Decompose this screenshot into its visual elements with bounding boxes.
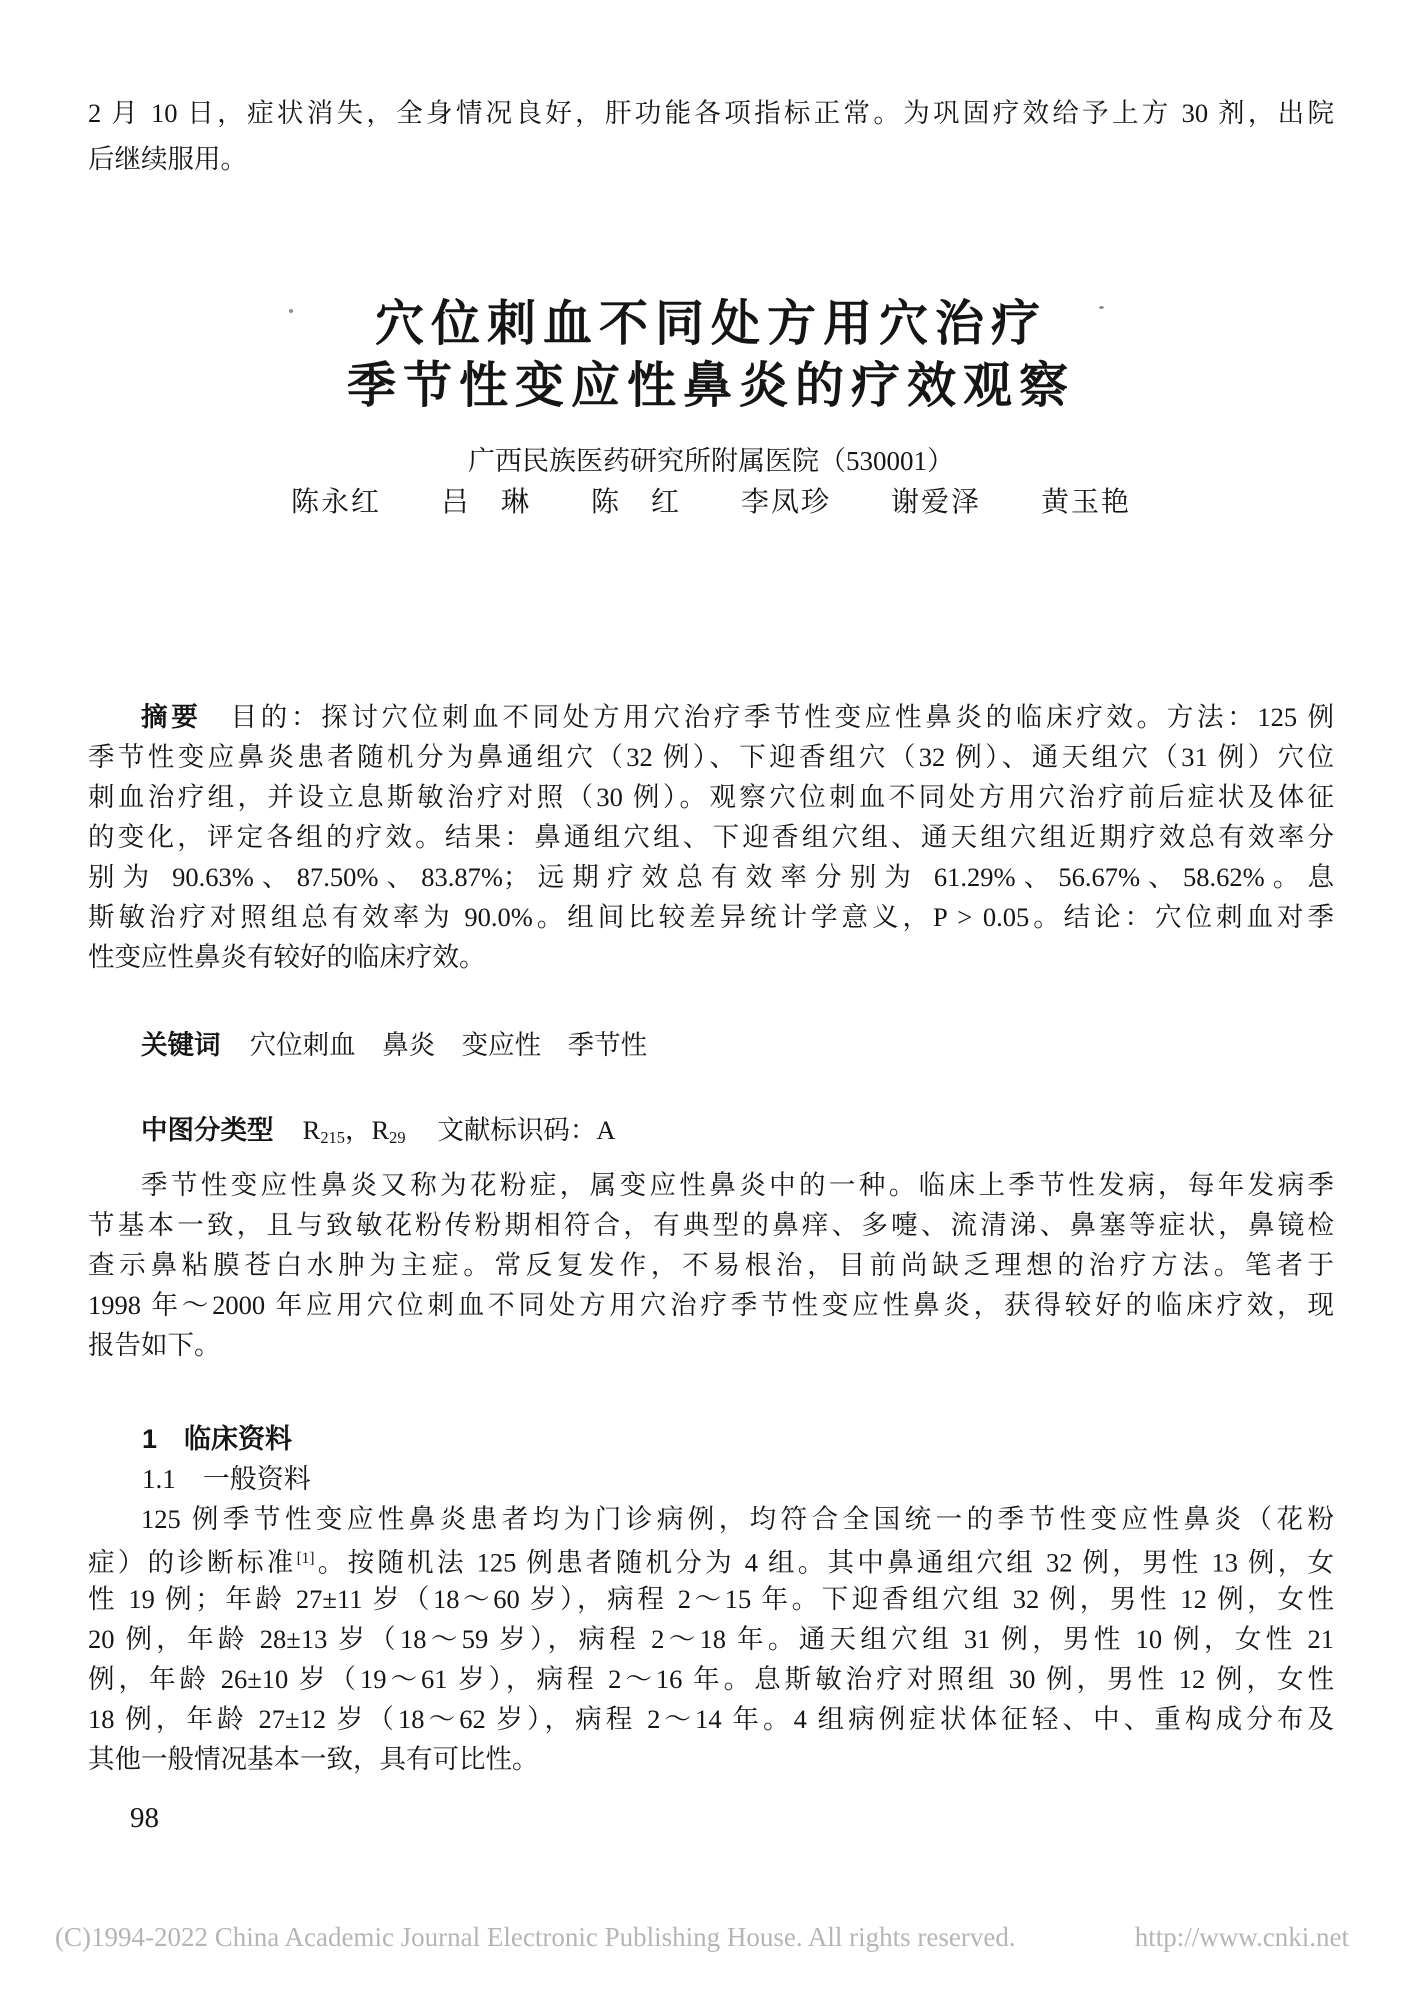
- classification-line: 中图分类型R215，R29文献标识码：A: [88, 1110, 1334, 1150]
- abstract-text: 目的：探讨穴位刺血不同处方用穴治疗季节性变应性鼻炎的临床疗效。方法：125 例: [231, 702, 1334, 732]
- affiliation: 广西民族医药研究所附属医院（530001）: [88, 443, 1334, 479]
- paragraph-text: 。按随机法 125 例患者随机分为 4 组。其中鼻通组穴组 32 例，男性 13…: [314, 1547, 1334, 1577]
- article-title-line-2: 季节性变应性鼻炎的疗效观察: [88, 355, 1334, 417]
- section-heading-1-1: 1.1 一般资料: [88, 1459, 1334, 1499]
- footer-copyright: (C)1994-2022 China Academic Journal Elec…: [55, 1919, 1016, 1955]
- classification-code-1: R215: [303, 1115, 345, 1145]
- keywords: 关键词穴位刺血 鼻炎 变应性 季节性: [88, 1025, 1334, 1065]
- document-id-label: 文献标识码：A: [437, 1115, 615, 1145]
- paragraph-text: 症）的诊断标准: [88, 1547, 297, 1577]
- keywords-label: 关键词: [141, 1030, 221, 1060]
- abstract-label: 摘要: [141, 702, 201, 732]
- classification-code-2-sub: 29: [389, 1128, 405, 1147]
- paragraph-line: 性 19 例；年龄 27±11 岁（18～60 岁），病程 2～15 年。下迎香…: [88, 1579, 1334, 1619]
- introduction-paragraph: 季节性变应性鼻炎又称为花粉症，属变应性鼻炎中的一种。临床上季节性发病，每年发病季…: [88, 1165, 1334, 1365]
- classification-separator: ，: [345, 1115, 372, 1145]
- abstract-line: 性变应性鼻炎有较好的临床疗效。: [88, 937, 1334, 977]
- paragraph-line: 查示鼻粘膜苍白水肿为主症。常反复发作，不易根治，目前尚缺乏理想的治疗方法。笔者于: [88, 1245, 1334, 1285]
- paragraph-line: 节基本一致，且与致敏花粉传粉期相符合，有典型的鼻痒、多嚏、流清涕、鼻塞等症状，鼻…: [88, 1205, 1334, 1245]
- classification-label: 中图分类型: [141, 1115, 274, 1145]
- reference-marker: [1]: [297, 1550, 315, 1567]
- classification-code-1-sub: 215: [320, 1128, 345, 1147]
- abstract: 摘要目的：探讨穴位刺血不同处方用穴治疗季节性变应性鼻炎的临床疗效。方法：125 …: [88, 697, 1334, 977]
- abstract-line: 别为 90.63%、87.50%、83.87%；远期疗效总有效率分别为 61.2…: [88, 857, 1334, 897]
- article-title-line-1: 穴位刺血不同处方用穴治疗: [88, 293, 1334, 355]
- paragraph-line: 1998 年～2000 年应用穴位刺血不同处方用穴治疗季节性变应性鼻炎，获得较好…: [88, 1285, 1334, 1325]
- abstract-line: 摘要目的：探讨穴位刺血不同处方用穴治疗季节性变应性鼻炎的临床疗效。方法：125 …: [88, 697, 1334, 737]
- page-number: 98: [88, 1798, 1334, 1838]
- classification-code-2: R29: [371, 1115, 405, 1145]
- abstract-line: 刺血治疗组，并设立息斯敏治疗对照（30 例）。观察穴位刺血不同处方用穴治疗前后症…: [88, 777, 1334, 817]
- footer-url: http://www.cnki.net: [1135, 1919, 1349, 1955]
- article-title: 穴位刺血不同处方用穴治疗 季节性变应性鼻炎的疗效观察: [88, 293, 1334, 417]
- paragraph-line: 例，年龄 26±10 岁（19～61 岁），病程 2～16 年。息斯敏治疗对照组…: [88, 1659, 1334, 1699]
- paragraph-line: 后继续服用。: [88, 136, 1334, 182]
- classification: 中图分类型R215，R29文献标识码：A: [88, 1110, 1334, 1150]
- carryover-paragraph: 2 月 10 日，症状消失，全身情况良好，肝功能各项指标正常。为巩固疗效给予上方…: [88, 90, 1334, 182]
- authors: 陈永红 吕 琳 陈 红 李凤珍 谢爱泽 黄玉艳: [88, 484, 1334, 522]
- clinical-data-paragraph: 125 例季节性变应性鼻炎患者均为门诊病例，均符合全国统一的季节性变应性鼻炎（花…: [88, 1499, 1334, 1779]
- paragraph-line: 报告如下。: [88, 1325, 1334, 1365]
- abstract-line: 的变化，评定各组的疗效。结果：鼻通组穴组、下迎香组穴组、通天组穴组近期疗效总有效…: [88, 817, 1334, 857]
- section-heading-1: 1 临床资料: [88, 1419, 1334, 1459]
- cnki-footer: (C)1994-2022 China Academic Journal Elec…: [55, 1919, 1349, 1955]
- abstract-line: 季节性变应鼻炎患者随机分为鼻通组穴（32 例）、下迎香组穴（32 例）、通天组穴…: [88, 737, 1334, 777]
- journal-page: { "intro": { "lines": [ "2 月 10 日，症状消失，全…: [0, 0, 1411, 2000]
- keywords-line: 关键词穴位刺血 鼻炎 变应性 季节性: [88, 1025, 1334, 1065]
- paragraph-line: 其他一般情况基本一致，具有可比性。: [88, 1739, 1334, 1779]
- paragraph-line: 18 例，年龄 27±12 岁（18～62 岁），病程 2～14 年。4 组病例…: [88, 1699, 1334, 1739]
- paragraph-line: 症）的诊断标准[1]。按随机法 125 例患者随机分为 4 组。其中鼻通组穴组 …: [88, 1539, 1334, 1579]
- paragraph-line: 20 例，年龄 28±13 岁（18～59 岁），病程 2～18 年。通天组穴组…: [88, 1619, 1334, 1659]
- paragraph-line: 2 月 10 日，症状消失，全身情况良好，肝功能各项指标正常。为巩固疗效给予上方…: [88, 90, 1334, 136]
- abstract-line: 斯敏治疗对照组总有效率为 90.0%。组间比较差异统计学意义，P > 0.05。…: [88, 897, 1334, 937]
- paragraph-line: 125 例季节性变应性鼻炎患者均为门诊病例，均符合全国统一的季节性变应性鼻炎（花…: [88, 1499, 1334, 1539]
- keywords-terms: 穴位刺血 鼻炎 变应性 季节性: [250, 1030, 648, 1060]
- paragraph-line: 季节性变应性鼻炎又称为花粉症，属变应性鼻炎中的一种。临床上季节性发病，每年发病季: [88, 1165, 1334, 1205]
